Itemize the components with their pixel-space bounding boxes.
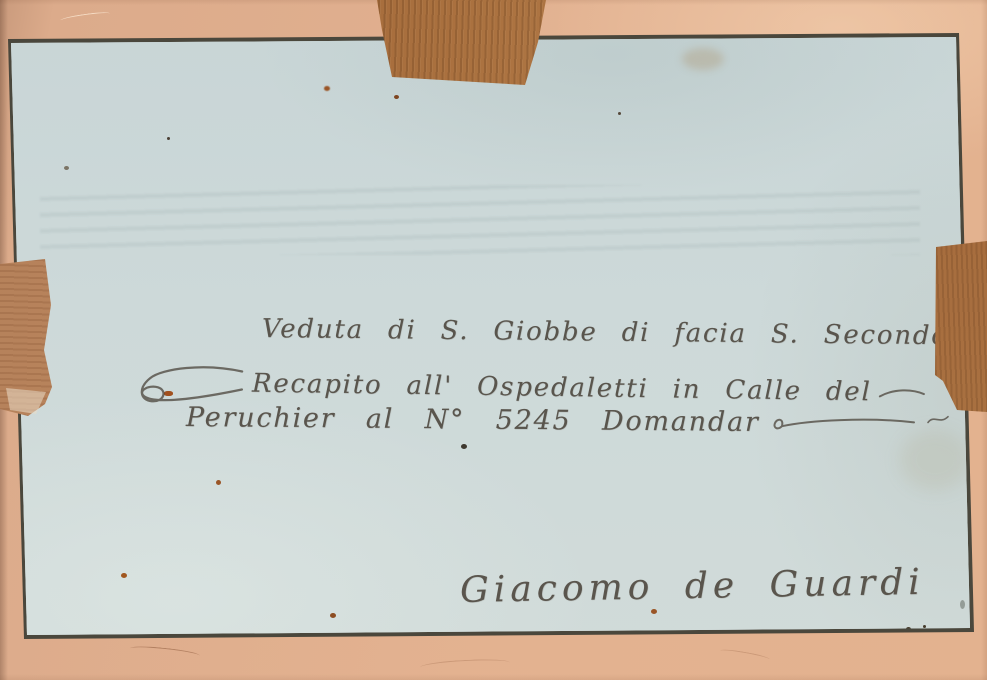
photographed-document: Veduta di S. Giobbe di facia S. Secondo … — [0, 0, 987, 680]
note-card-verso: Veduta di S. Giobbe di facia S. Secondo … — [0, 0, 987, 680]
signature-text: Giacomo de Guardi — [460, 562, 925, 611]
inscription-line-1: Veduta di S. Giobbe di facia S. Secondo — [262, 314, 949, 351]
pen-dash-flourish — [768, 412, 918, 435]
paper-fiber — [420, 658, 510, 673]
foxing-spot — [330, 613, 336, 618]
pen-stroke-flourish — [877, 384, 925, 401]
foxing-spot — [651, 609, 657, 614]
foxing-spot — [216, 480, 221, 485]
inscription-line-3: Peruchier al N° 5245 Domandar — [186, 402, 956, 440]
signature-giacomo-de-guardi: Giacomo de Guardi — [460, 562, 925, 611]
pen-squiggle — [926, 411, 956, 427]
inscription-line-1-text: Veduta di S. Giobbe di facia S. Secondo — [262, 314, 949, 351]
foxing-spot — [960, 600, 965, 609]
inscription-line-2-text: Recapito all' Ospedaletti in Calle del — [252, 369, 872, 408]
paraph-flourish — [134, 360, 247, 406]
foxing-spot — [121, 573, 127, 578]
foxing-spot — [618, 112, 621, 115]
paper-crease-marks — [40, 185, 920, 255]
foxing-spot — [923, 625, 926, 628]
paper-fiber — [720, 648, 770, 663]
paper-fiber — [60, 11, 110, 24]
paper-fiber — [130, 644, 200, 659]
ink-blot — [461, 444, 467, 449]
stain-spot — [682, 48, 724, 70]
foxing-spot — [394, 95, 399, 99]
foxing-spot — [324, 86, 330, 91]
inscription-line-3-text: Peruchier al N° 5245 Domandar — [186, 402, 760, 438]
foxing-spot — [167, 137, 170, 140]
foxing-spot — [64, 166, 69, 170]
